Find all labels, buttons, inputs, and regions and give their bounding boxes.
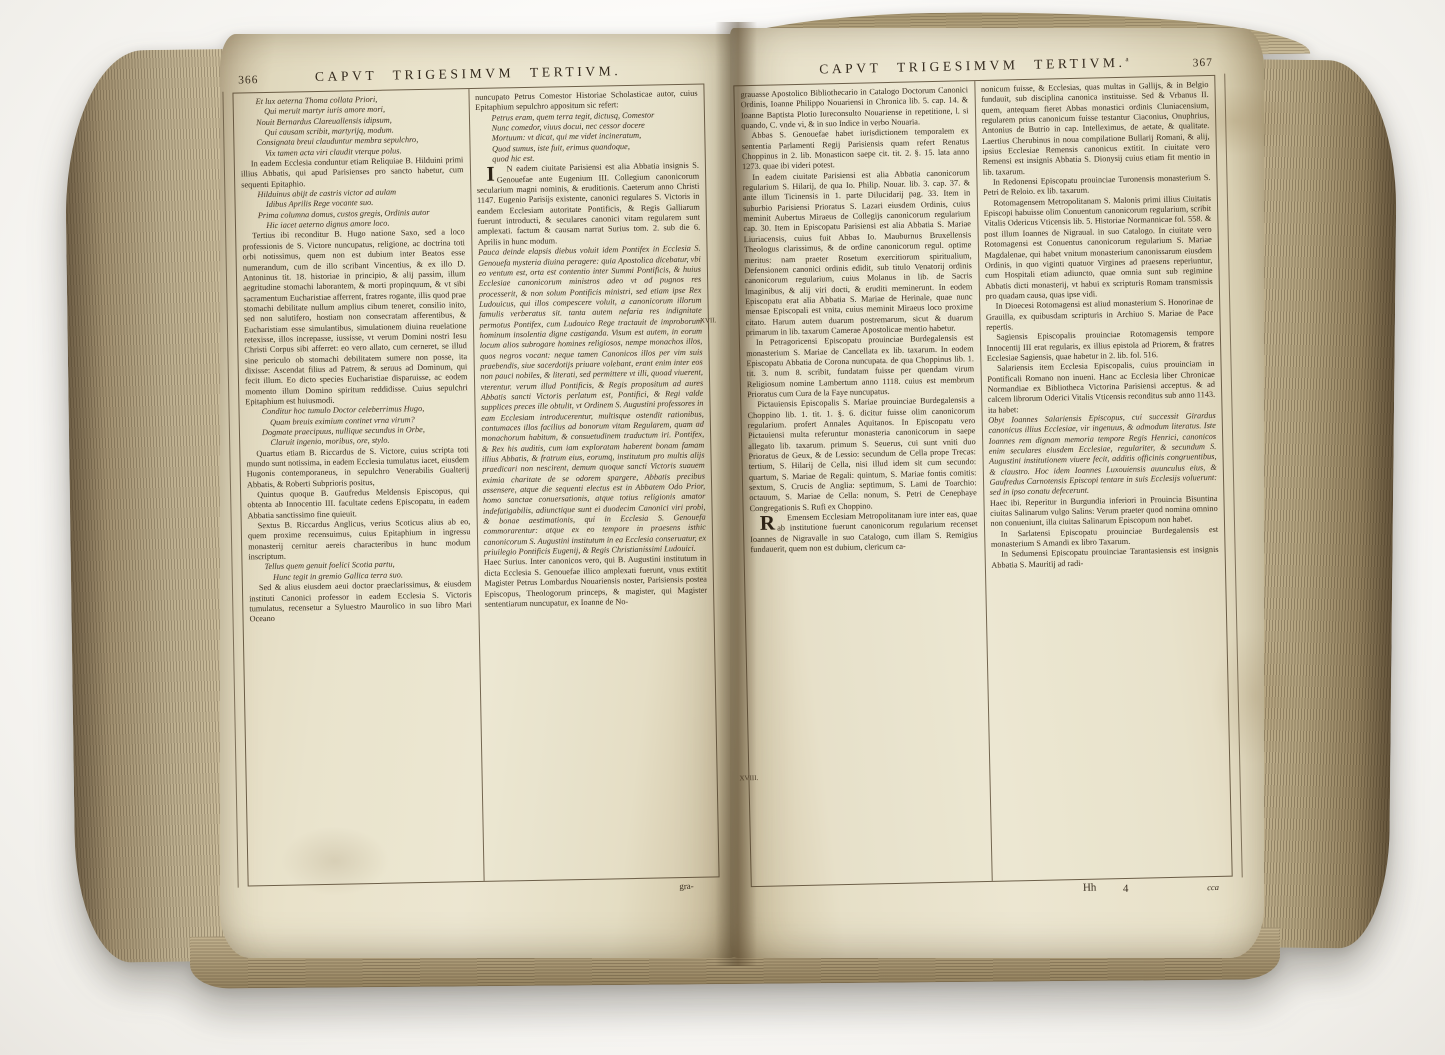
paragraph: In Sedumensi Episcopatu prouinciae Taran… <box>991 545 1219 571</box>
right-running-title: CAPVT TRIGESIMVM TERTIVM.a <box>733 53 1215 80</box>
open-book-photo: 366 CAPVT TRIGESIMVM TERTIVM. Et lux aet… <box>70 6 1395 1010</box>
right-catchword: cca <box>1207 882 1219 892</box>
right-margin-note: XVIII. <box>739 774 756 782</box>
right-text-frame: grauasse Apostolico Bibliothecario in Ca… <box>733 75 1232 887</box>
paragraph: IN eadem ciuitate Parisiensi est alia Ab… <box>476 161 700 248</box>
paragraph: Haec Surius. Inter canonicos vero, qui B… <box>484 554 707 610</box>
paragraph: Obyt Ioannes Salariensis Episcopus, cui … <box>988 411 1217 499</box>
paragraph: REmensem Ecclesiam Metropolitanam iure i… <box>750 509 978 555</box>
paragraph: In eadem ciuitate Parisiensi est alia Ab… <box>742 168 973 338</box>
paragraph: In Petragoricensi Episcopatu prouinciae … <box>746 333 975 400</box>
right-page-text-block: CAPVT TRIGESIMVM TERTIVM.a 367 grauasse … <box>733 51 1233 909</box>
paragraph: Petrus eram, quem terra tegit, dictusq, … <box>475 109 698 165</box>
left-page: 366 CAPVT TRIGESIMVM TERTIVM. Et lux aet… <box>220 34 738 958</box>
paragraph: Sagiensis Episcopalis prouinciae Rotomag… <box>986 328 1214 364</box>
left-column-1: Et lux aeterna Thoma collata Priori, Qui… <box>233 89 483 885</box>
paragraph: Pauca deinde elapsis diebus voluit idem … <box>478 244 706 559</box>
left-fore-edge-pages <box>64 49 247 963</box>
right-page: CAPVT TRIGESIMVM TERTIVM.a 367 grauasse … <box>730 28 1264 958</box>
gathering-signature: Hh <box>1083 882 1097 894</box>
drop-cap-initial: R <box>750 514 778 533</box>
drop-cap-initial: I <box>476 165 497 183</box>
right-page-number: 367 <box>1193 57 1214 69</box>
left-running-title: CAPVT TRIGESIMVM TERTIVM. <box>232 62 704 87</box>
running-title-footnote-mark: a <box>1125 55 1128 63</box>
paragraph: In eadem Ecclesia conduntur etiam Reliqu… <box>241 155 464 190</box>
left-text-frame: Et lux aeterna Thoma collata Priori, Qui… <box>232 84 719 887</box>
paragraph: Abbas S. Genouefae habet iurisdictionem … <box>741 127 969 173</box>
paragraph: Conditur hoc tumulo Doctor celeberrimus … <box>245 403 468 449</box>
paragraph: Salariensis item Ecclesia Episcopalis, c… <box>987 359 1216 416</box>
gathering-signature-number: 4 <box>1123 883 1129 895</box>
paragraph: Tertius ibi reconditur B. Hugo natione S… <box>242 228 468 408</box>
paragraph: Haec ibi. Reperitur in Burgundia inferio… <box>990 494 1218 530</box>
left-page-text-block: 366 CAPVT TRIGESIMVM TERTIVM. Et lux aet… <box>232 60 720 909</box>
paragraph: Quintus quoque B. Gaufredus Meldensis Ep… <box>247 486 470 521</box>
left-margin-note: XVII. <box>700 316 717 324</box>
paragraph: Quartus etiam B. Riccardus de S. Victore… <box>246 445 469 491</box>
paragraph: Et lux aeterna Thoma collata Priori, Qui… <box>240 93 464 159</box>
left-column-2: nuncupato Petrus Comestor Historiae Scho… <box>469 85 719 881</box>
right-column-2: nonicum fuisse, & Ecclesias, quas multas… <box>975 76 1232 881</box>
paragraph: Rotomagensem Metropolitanam S. Malonis p… <box>983 194 1213 302</box>
right-column-1: grauasse Apostolico Bibliothecario in Ca… <box>734 81 991 886</box>
paragraph: In Dioecesi Rotomagensi est aliud monast… <box>986 297 1214 333</box>
paragraph: Sextus B. Riccardus Anglicus, verius Sco… <box>248 517 471 563</box>
right-running-title-text: CAPVT TRIGESIMVM TERTIVM. <box>819 55 1126 77</box>
paragraph: Hilduinus abijt de castris victor ad aul… <box>241 186 464 232</box>
paragraph: Sed & alius eiusdem aeui doctor praeclar… <box>249 579 472 625</box>
paragraph: Pictauiensis Episcopalis S. Mariae proui… <box>747 395 977 514</box>
left-catchword: gra- <box>679 881 694 891</box>
paragraph: nonicum fuisse, & Ecclesias, quas multas… <box>981 80 1210 178</box>
paragraph: grauasse Apostolico Bibliothecario in Ca… <box>740 85 968 131</box>
